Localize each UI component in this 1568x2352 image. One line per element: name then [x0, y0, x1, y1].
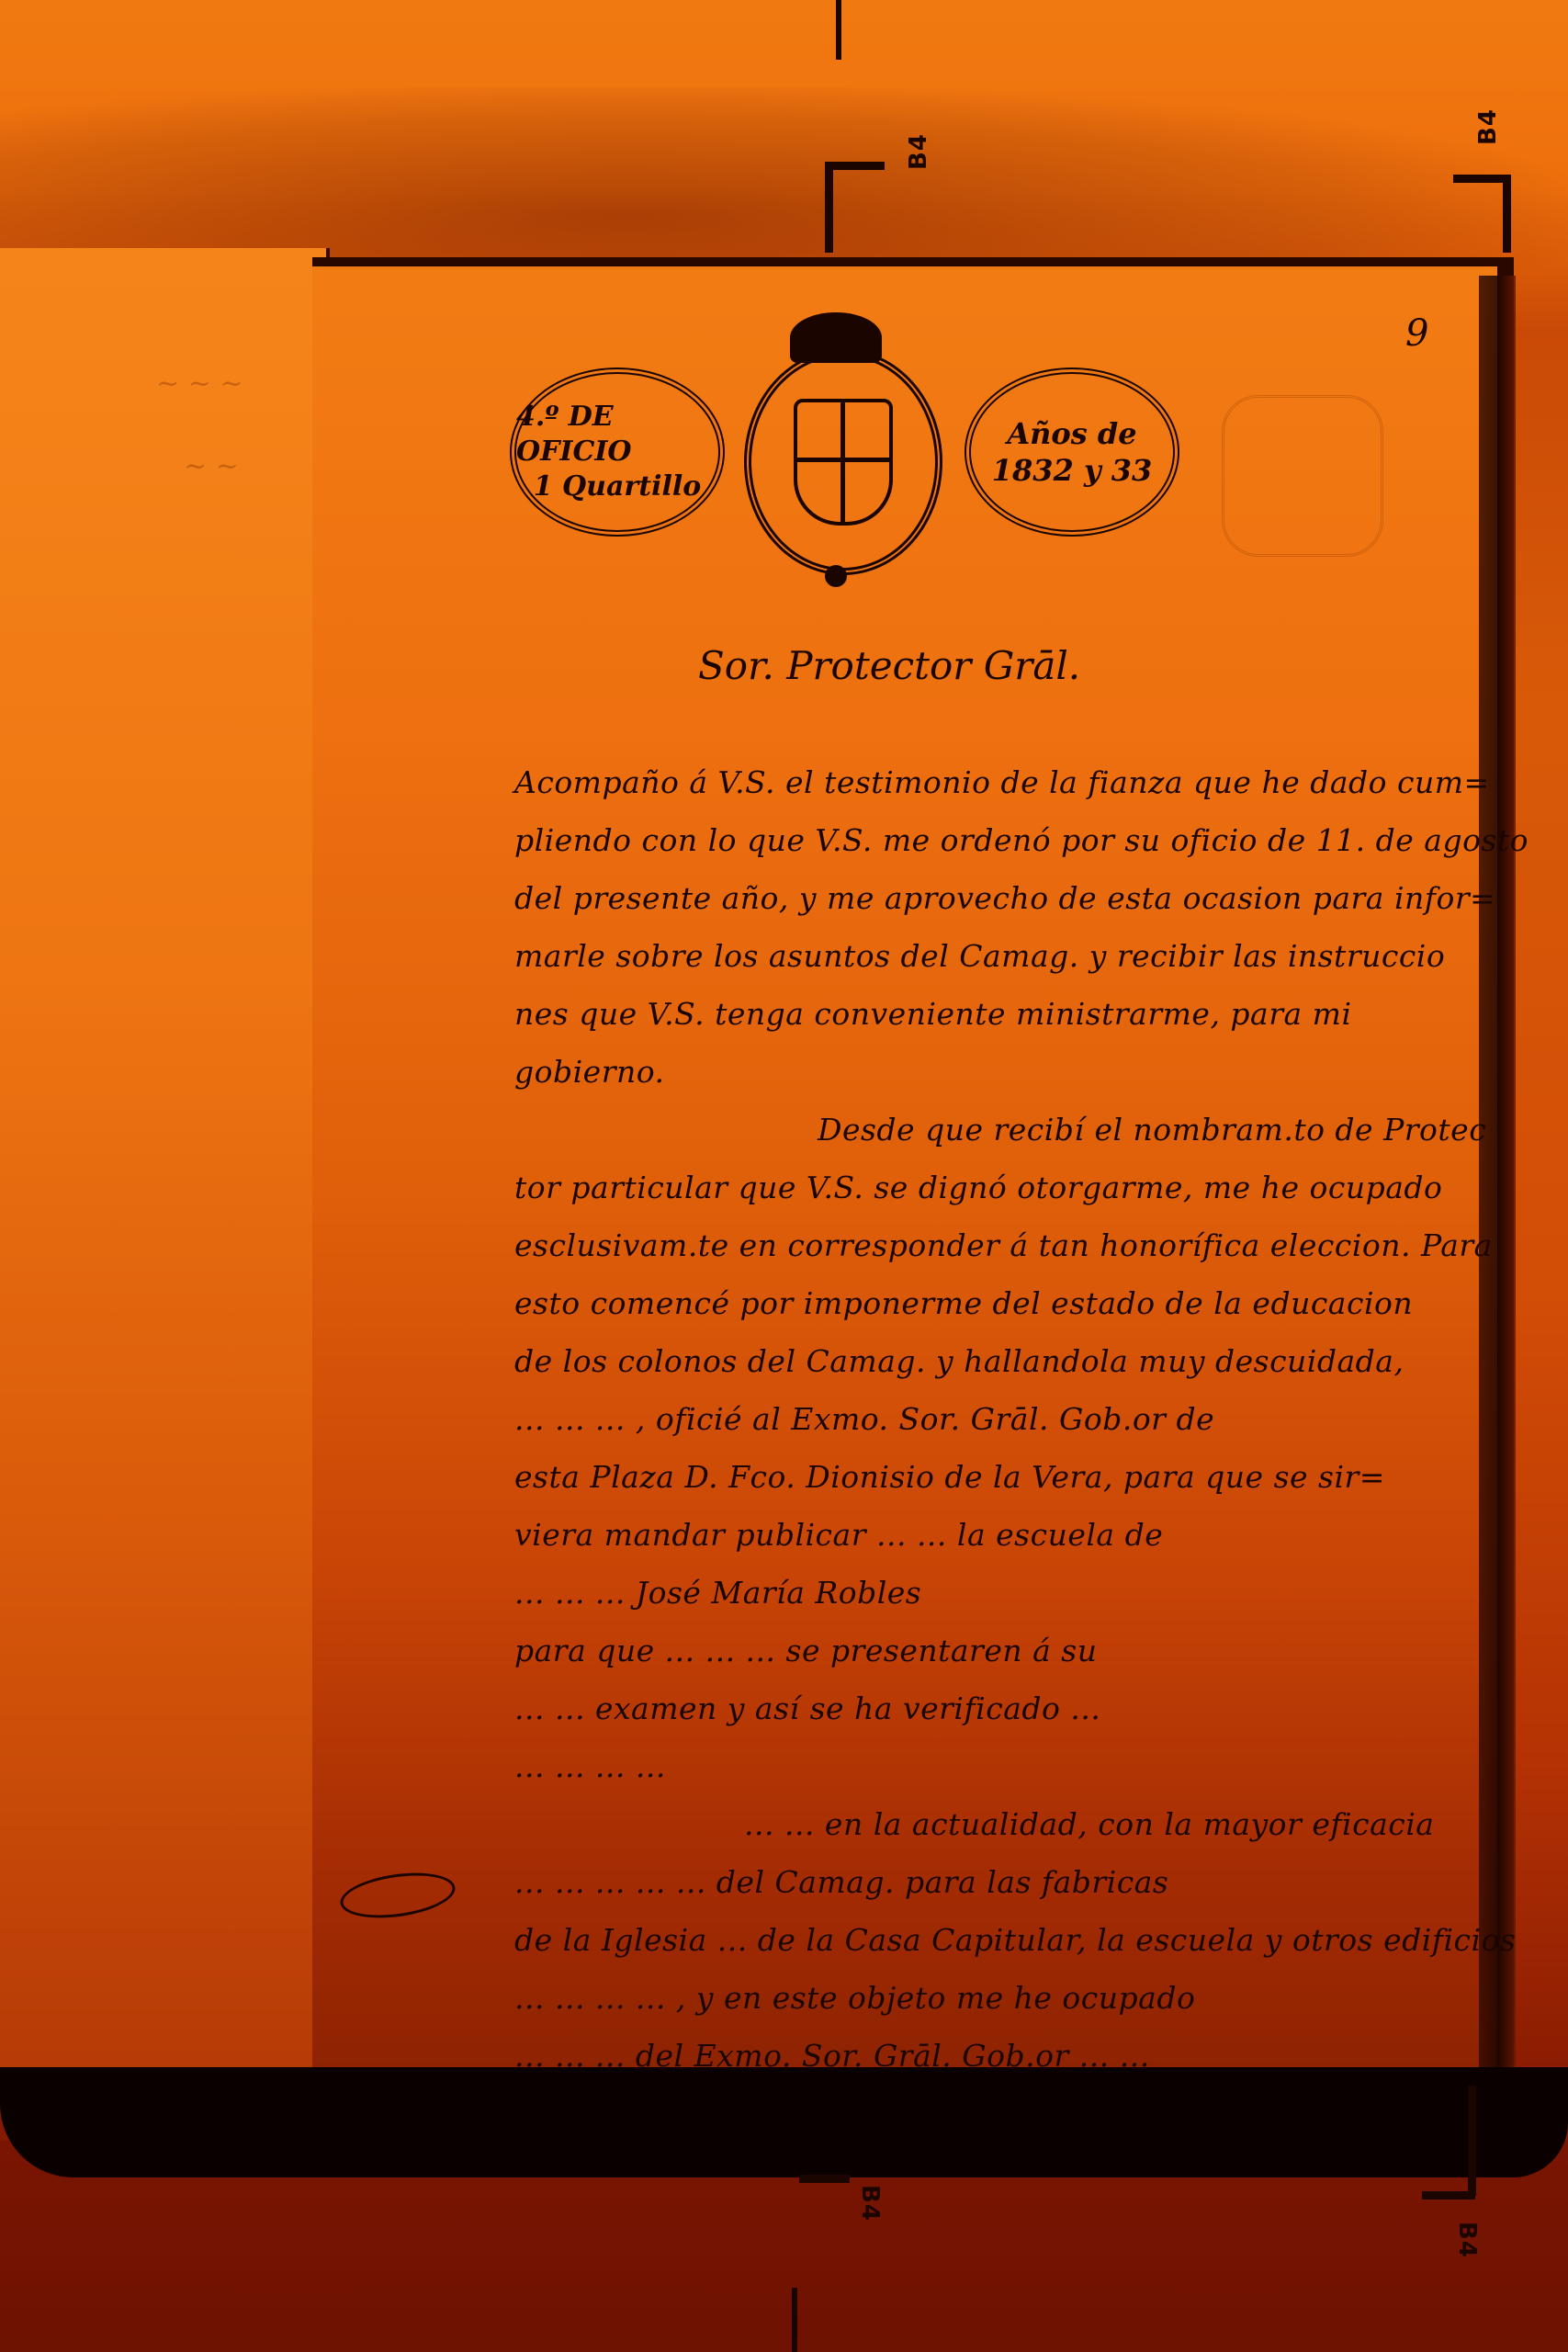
crop-mark-top-right-h [1453, 175, 1510, 183]
text-line: nes que V.S. tenga conveniente ministrar… [514, 985, 1451, 1043]
shield-icon [794, 399, 893, 526]
text-line: marle sobre los asuntos del Camag. y rec… [514, 927, 1451, 985]
crop-mark-top-v [836, 0, 841, 60]
crop-label-top-right: B4 [1474, 108, 1502, 145]
pendant-icon [825, 565, 847, 587]
crop-label-bottom-left: B4 [856, 2185, 884, 2222]
crop-mark-top-left-v [825, 165, 833, 253]
text-line: para que ... ... ... se presentaren á su [514, 1622, 1451, 1679]
crop-mark-bottom-right-v [1468, 2086, 1476, 2196]
crop-mark-top-right-v [1503, 175, 1511, 253]
salutation: Sor. Protector Grāl. [698, 643, 1080, 688]
coat-of-arms [744, 349, 942, 575]
left-page: ~ ~ ~ ~ ~ [0, 248, 330, 2076]
text-line: ... ... examen y así se ha verificado ..… [514, 1679, 1451, 1737]
stamp-medallion-right: Años de 1832 y 33 [964, 367, 1179, 537]
page-number: 9 [1405, 312, 1428, 355]
stamp-years: 1832 y 33 [992, 452, 1152, 489]
text-line: gobierno. [514, 1043, 1451, 1101]
paragraph-2: Desde que recibí el nombram.to de Protec… [514, 1101, 1451, 1795]
text-line: ... ... en la actualidad, con la mayor e… [514, 1795, 1451, 1853]
stamp-class: 4.º DE OFICIO [516, 400, 718, 469]
crop-mark-top-left-h [825, 162, 885, 170]
text-line: pliendo con lo que V.S. me ordenó por su… [514, 811, 1451, 869]
book-shadow [0, 2067, 1568, 2177]
text-line: de los colonos del Camag. y hallandola m… [514, 1332, 1451, 1390]
text-line: Desde que recibí el nombram.to de Protec [514, 1101, 1451, 1159]
text-line: ... ... ... José María Robles [514, 1564, 1451, 1622]
crop-label-bottom-right: B4 [1453, 2222, 1481, 2258]
text-line: ... ... ... ... [514, 1737, 1451, 1795]
text-line: ... ... ... ... , y en este objeto me he… [514, 1969, 1451, 2027]
text-line: tor particular que V.S. se dignó otorgar… [514, 1159, 1451, 1216]
crop-mark-bottom-left-h [799, 2175, 850, 2183]
text-line: esclusivam.te en corresponder á tan hono… [514, 1216, 1451, 1274]
bleed-through-text: ~ ~ [184, 450, 239, 482]
embossed-seal [1222, 395, 1383, 557]
text-line: esta Plaza D. Fco. Dionisio de la Vera, … [514, 1448, 1451, 1506]
letter-body: Acompaño á V.S. el testimonio de la fian… [514, 753, 1451, 2200]
stamp-medallion-left: 4.º DE OFICIO 1 Quartillo [510, 367, 725, 537]
bleed-through-text: ~ ~ ~ [156, 367, 243, 400]
crop-mark-bottom-v [792, 2288, 797, 2352]
text-line: de la Iglesia ... de la Casa Capitular, … [514, 1911, 1451, 1969]
text-line: viera mandar publicar ... ... la escuela… [514, 1506, 1451, 1564]
text-line: esto comencé por imponerme del estado de… [514, 1274, 1451, 1332]
text-line: del presente año, y me aprovecho de esta… [514, 869, 1451, 927]
stamp-value: 1 Quartillo [534, 469, 702, 504]
official-stamp: 4.º DE OFICIO 1 Quartillo Años de 1832 y… [510, 312, 1180, 588]
background-shadow [0, 87, 1568, 271]
text-line: Acompaño á V.S. el testimonio de la fian… [514, 753, 1451, 811]
text-line: ... ... ... ... ... del Camag. para las … [514, 1853, 1451, 1911]
text-line: ... ... ... , oficié al Exmo. Sor. Grāl.… [514, 1390, 1451, 1448]
crop-label-top-left: B4 [905, 133, 932, 170]
paragraph-1: Acompaño á V.S. el testimonio de la fian… [514, 753, 1451, 1101]
page-edge [1479, 276, 1516, 2076]
stamp-years-label: Años de [1007, 415, 1136, 452]
